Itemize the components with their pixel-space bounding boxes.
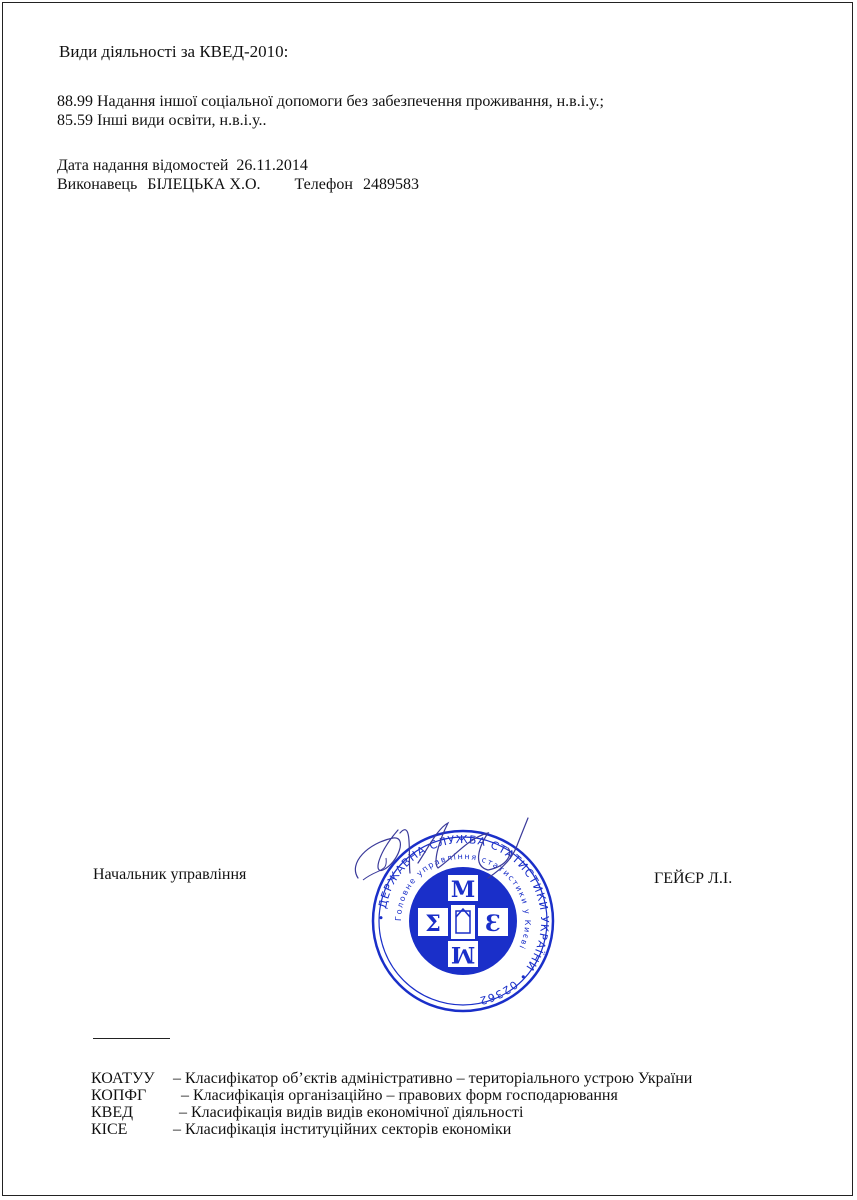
- document-page: Види діяльності за КВЕД-2010: 88.99 Нада…: [2, 2, 853, 1196]
- phone-value: 2489583: [363, 176, 419, 193]
- footnote-text: – Класифікація інституційних секторів ек…: [173, 1121, 511, 1138]
- phone-label: Телефон: [295, 176, 353, 193]
- footnote-item: КІСЕ– Класифікація інституційних секторі…: [91, 1120, 511, 1140]
- svg-text:Σ: Σ: [425, 911, 441, 937]
- date-value: 26.11.2014: [236, 157, 307, 174]
- footnote-text: – Класифікація видів видів економічної д…: [179, 1104, 523, 1121]
- activity-item: 85.59 Інші види освіти, н.в.і.у..: [57, 111, 267, 131]
- official-stamp-icon: • ДЕРЖАВНА СЛУЖБА СТАТИСТИКИ УКРАЇНИ • 0…: [338, 808, 588, 1018]
- date-line: Дата надання відомостей 26.11.2014: [57, 156, 308, 176]
- signer-name: ГЕЙЄР Л.І.: [654, 869, 732, 889]
- signer-role: Начальник управління: [93, 865, 246, 885]
- svg-text:Ɛ: Ɛ: [485, 911, 501, 937]
- footnote-divider: [93, 1038, 170, 1039]
- date-label: Дата надання відомостей: [57, 157, 228, 174]
- footnote-abbr: КІСЕ: [91, 1120, 173, 1140]
- footnote-text: – Класифікація організаційно – правових …: [181, 1087, 618, 1104]
- executor-name: БІЛЕЦЬКА Х.О.: [147, 176, 260, 193]
- svg-text:M: M: [451, 877, 475, 903]
- activities-heading: Види діяльності за КВЕД-2010:: [59, 42, 288, 62]
- executor-line: ВиконавецьБІЛЕЦЬКА Х.О.Телефон2489583: [57, 175, 419, 195]
- footnote-text: – Класифікатор об’єктів адміністративно …: [173, 1070, 692, 1087]
- svg-text:M: M: [451, 941, 475, 967]
- executor-label: Виконавець: [57, 176, 137, 193]
- activity-item: 88.99 Надання іншої соціальної допомоги …: [57, 92, 604, 112]
